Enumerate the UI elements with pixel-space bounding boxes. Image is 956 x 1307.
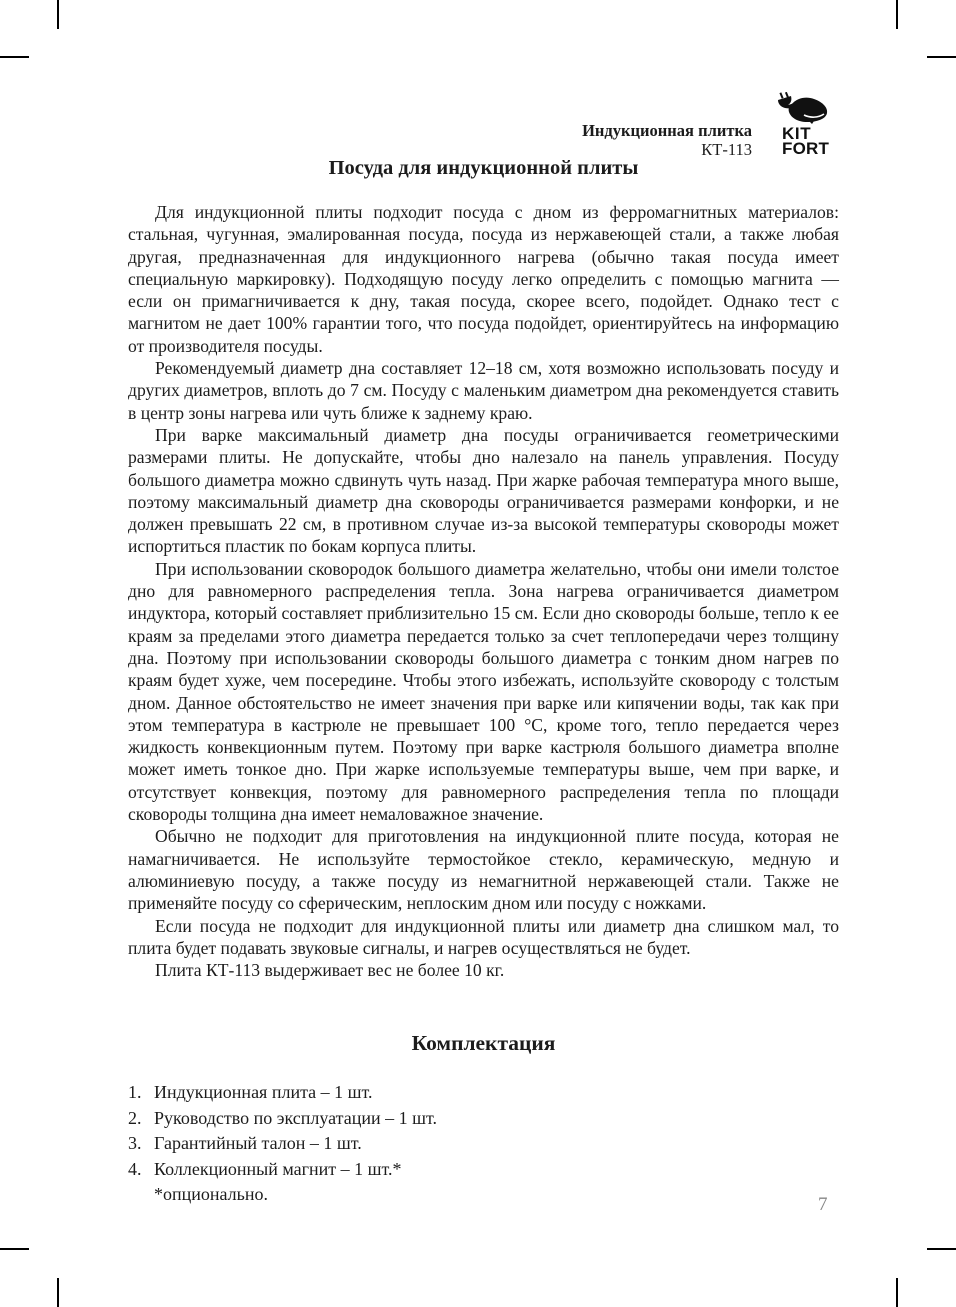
whale-plug-icon [768,92,830,124]
crop-mark-top-right-vertical [896,0,898,29]
header-product-name: Индукционная плитка [582,121,752,140]
section-title-package: Комплектация [128,1031,839,1056]
list-item-text: Гарантийный талон – 1 шт. [154,1131,362,1157]
list-item-text: Коллекционный магнит – 1 шт.* [154,1157,401,1183]
list-item: 2. Руководство по эксплуатации – 1 шт. [128,1106,839,1132]
brand-wordmark: KIT FORT [782,127,838,156]
brand-word-fort: FORT [782,142,838,157]
paragraph-max-diameter: При варке максимальный диаметр дна посуд… [128,424,839,558]
list-item-number: 4. [128,1157,154,1183]
paragraph-thick-bottom-pans: При использовании сковородок большого ди… [128,558,839,826]
list-item: 1. Индукционная плита – 1 шт. [128,1080,839,1106]
crop-mark-bottom-left-vertical [57,1278,59,1307]
page-number: 7 [818,1194,828,1216]
kitfort-logo: KIT FORT [766,92,838,156]
crop-mark-top-left-vertical [57,0,59,29]
body-text: Для индукционной плиты подходит посуда с… [128,201,839,981]
paragraph-beep-warning: Если посуда не подходит для индукционной… [128,915,839,960]
crop-mark-bottom-left-horizontal [0,1248,29,1250]
list-item-text: Индукционная плита – 1 шт. [154,1080,373,1106]
list-item-number: 1. [128,1080,154,1106]
list-item: 3. Гарантийный талон – 1 шт. [128,1131,839,1157]
page-title: Посуда для индукционной плиты [128,157,839,180]
list-item: 4. Коллекционный магнит – 1 шт.* [128,1157,839,1183]
manual-page: Индукционная плитка КТ-113 KIT FORT Пос [0,0,956,1307]
paragraph-max-weight: Плита КТ-113 выдерживает вес не более 10… [128,959,839,981]
footnote-optional: *опционально. [154,1182,839,1208]
list-item-number: 3. [128,1131,154,1157]
crop-mark-top-right-horizontal [927,56,956,58]
paragraph-ferromagnetic-cookware: Для индукционной плиты подходит посуда с… [128,201,839,357]
paragraph-recommended-diameter: Рекомендуемый диаметр дна составляет 12–… [128,357,839,424]
header: Индукционная плитка КТ-113 [582,121,752,159]
package-list: 1. Индукционная плита – 1 шт. 2. Руковод… [128,1080,839,1208]
list-item-text: Руководство по эксплуатации – 1 шт. [154,1106,437,1132]
paragraph-unsuitable-cookware: Обычно не подходит для приготовления на … [128,825,839,914]
crop-mark-bottom-right-horizontal [927,1248,956,1250]
crop-mark-top-left-horizontal [0,56,29,58]
list-item-number: 2. [128,1106,154,1132]
crop-mark-bottom-right-vertical [896,1278,898,1307]
